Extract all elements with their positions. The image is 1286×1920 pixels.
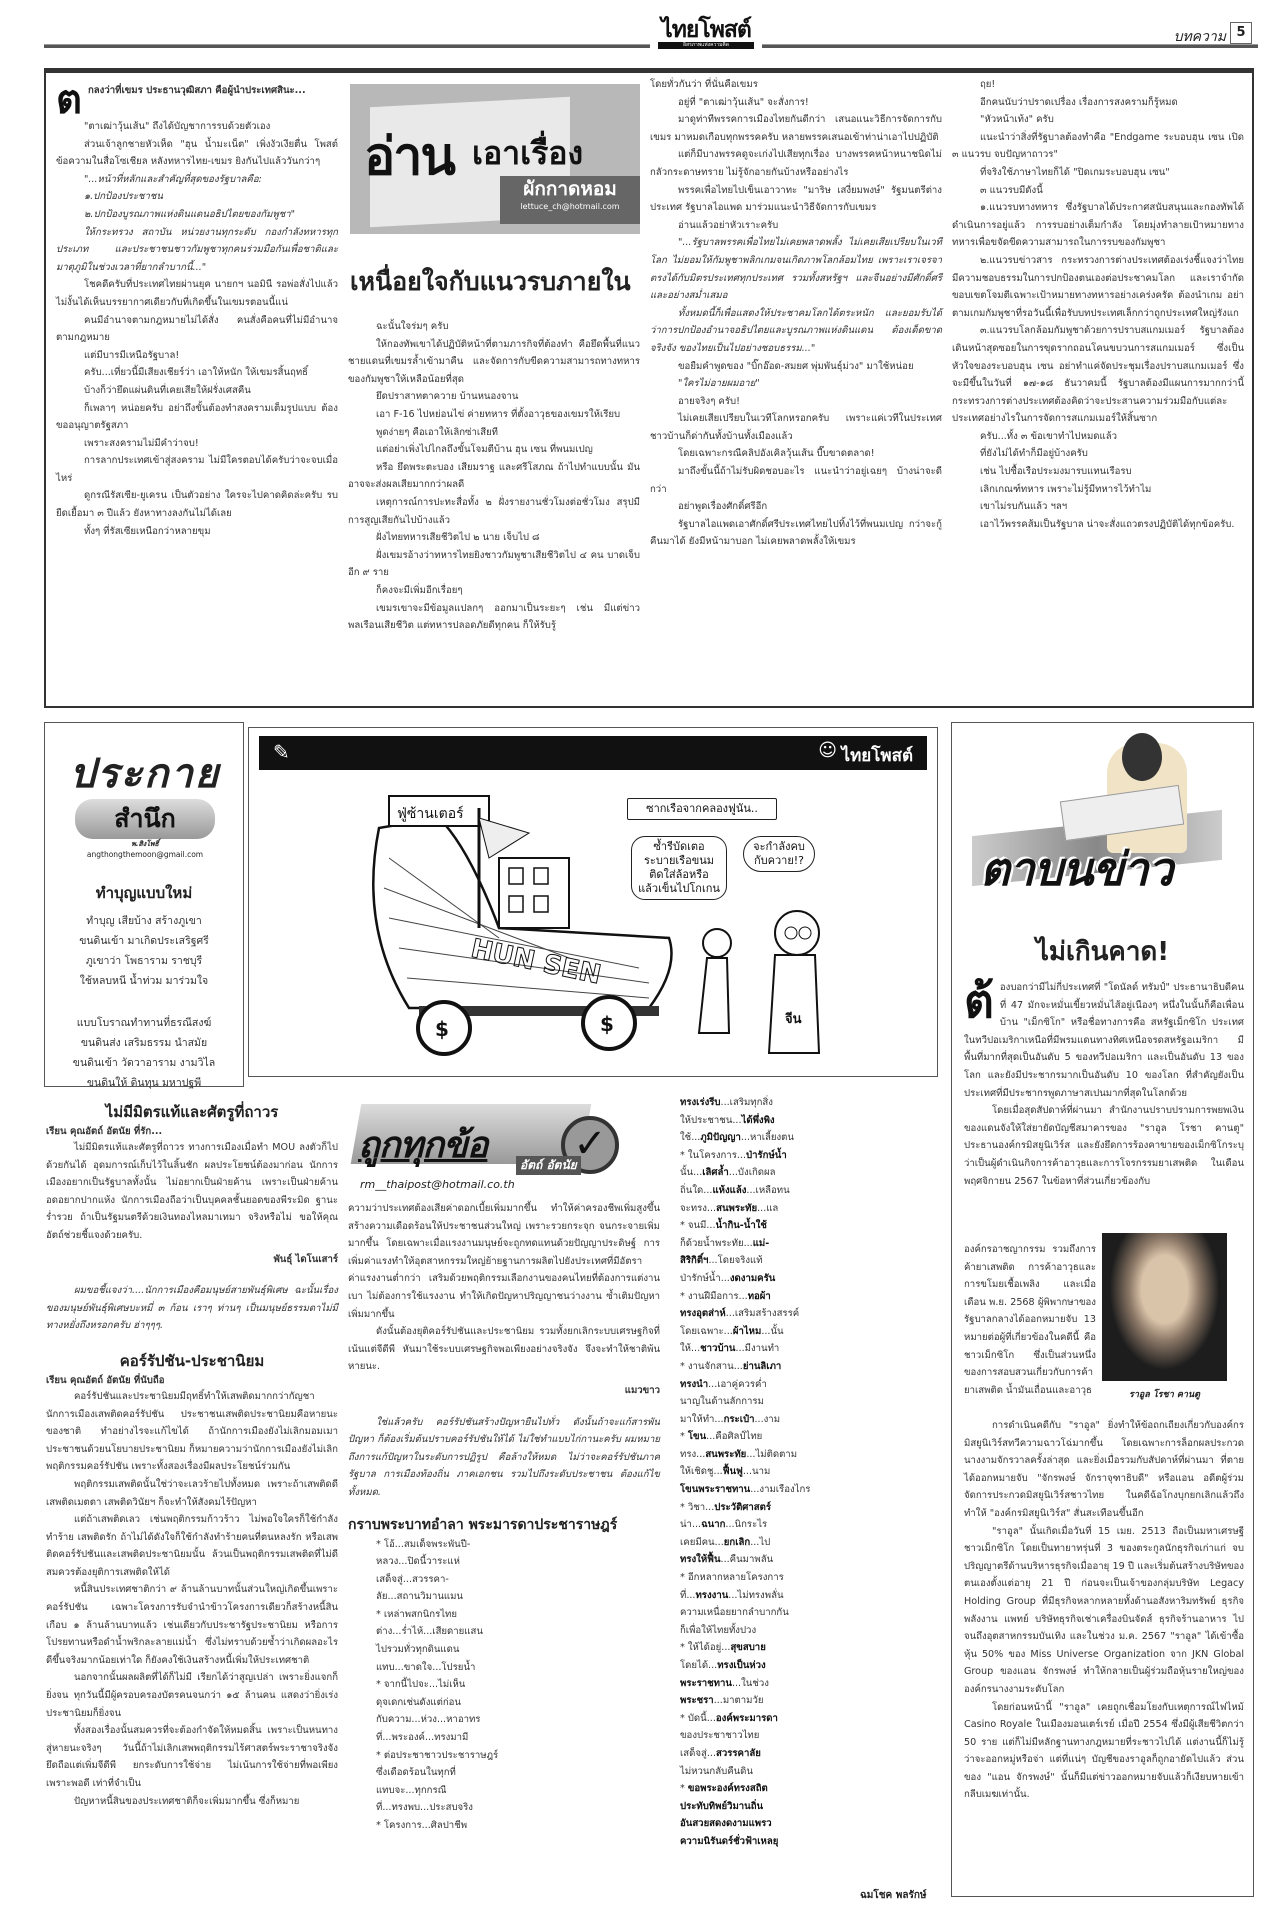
verse-line: ที่...ทรงพบ...ประสบจริง	[376, 1799, 660, 1817]
paragraph: องค์กรอาชญากรรม รวมถึงการค้ายาเสพติด การ…	[964, 1241, 1096, 1399]
verse-line: ถิ่นใด...แห้งแล้ง...เหลือทน	[680, 1182, 942, 1200]
paragraph: กลงว่าที่เขมร ประธานวุฒิสภา คือผู้นำประเ…	[56, 82, 338, 100]
svg-text:ฟู่ซ้านเตอร์: ฟู่ซ้านเตอร์	[397, 805, 464, 822]
poem-author: พ.สิงโพธิ์	[55, 839, 235, 850]
paragraph: อ่านแล้วอย่าหัวเราะครับ	[650, 217, 942, 235]
verse-line: * งานจักสาน...ย่านลิเภา	[680, 1358, 942, 1376]
paragraph: นอกจากนั้นผลผลิตที่ได้ก็ไม่มี เรียกได้ว่…	[46, 1669, 338, 1722]
poem-email: angthongthemoon@gmail.com	[55, 850, 235, 859]
reply: ใช่แล้วครับ คอร์รัปชันสร้างปัญหายืนไปทั่…	[348, 1414, 660, 1502]
verse-line: * ต่อประชาชาวประชาราษฎร์	[376, 1747, 660, 1765]
verse-line: * งานฝีมือการ...ทอผ้า	[680, 1288, 942, 1306]
verse-line: จะทรง...สนพระทัย...แล	[680, 1200, 942, 1218]
verse-signature: ฉมโชค พลรักษ์	[860, 1888, 926, 1903]
verse-line: ไปรวมทั่วทุกดินแดน	[376, 1641, 660, 1659]
verse-line: ไม่หวนกลับคืนดิน	[680, 1763, 942, 1781]
cartoon-brand: ไทยโพสต์	[842, 742, 913, 769]
verse-line: * โครงการ...ศิลปาชีพ	[376, 1817, 660, 1835]
author-email: lettuce_ch@hotmail.com	[500, 202, 640, 211]
banner-title-small: เอาเรื่อง	[472, 128, 583, 179]
verse-line: ป่ารักษ์น้ำ...งดงามครัน	[680, 1270, 942, 1288]
paragraph: ฝั่งไทยทหารเสียชีวิตไป ๒ นาย เจ็บไป ๘	[348, 529, 640, 547]
paragraph: แต่มีบารมีเหนือรัฐบาล!	[56, 347, 338, 365]
paragraph: มาถึงขั้นนี้ถ้าไม่รับผิดชอบอะไร แนะนำว่า…	[650, 463, 942, 498]
logo-name: ไทยโพสต์	[650, 16, 762, 42]
paragraph: หนี้สินประเทศชาติกว่า ๙ ล้านล้านบาทนั้นส…	[46, 1581, 338, 1669]
paragraph: ก็คงจะมีเพิ่มอีกเรื่อยๆ	[348, 582, 640, 600]
paragraph: ครับ...ทั้ง ๓ ข้อเขาทำไปหมดแล้ว	[952, 428, 1244, 446]
paragraph: ทั้งสองเรื่องนั้นสมควรที่จะต้องกำจัดให้ห…	[46, 1722, 338, 1792]
verse-line: * บัดนี้...องค์พระมารดา	[680, 1710, 942, 1728]
paragraph: คอร์รัปชันและประชานิยมมีฤทธิ์ทำให้เสพติด…	[46, 1388, 338, 1476]
poem-box: ประกาย สำนึก พ.สิงโพธิ์ angthongthemoon@…	[44, 722, 244, 1087]
verse-line: * จากนี้ไปจะ...ไม่เห็น	[376, 1676, 660, 1694]
poem-logo-script: ประกาย	[55, 741, 235, 805]
verse-line: * โขน...คือศิลป์ไทย	[680, 1428, 942, 1446]
paragraph: มาดูท่าทีพรรคการเมืองไทยกันดีกว่า เสนอแน…	[650, 111, 942, 146]
verse-line: * วิชา...ประวัติศาสตร์	[680, 1499, 942, 1517]
editorial-cartoon: ✎ ☺ ไทยโพสต์ ฟู่ซ้านเตอร์ HUN SEN $ $ ซา…	[248, 727, 938, 1077]
letter1-signature: พันธุ์ ไดโนเสาร์	[46, 1251, 338, 1269]
news-lead: ต้ องบอกว่ามีไม่กี่ประเทศที่ "โดนัลด์ ทร…	[964, 979, 1244, 1190]
news-logo-word: ตาบนข่าว	[980, 833, 1172, 906]
verse-line: ต่าง...ร่ำไห้...เสียดายแสน	[376, 1623, 660, 1641]
page-number: 5	[1230, 22, 1252, 44]
paragraph: ความว่าประเทศต้องเสียค่าดอกเบี้ยเพิ่มมาก…	[348, 1200, 660, 1323]
paragraph: เหตุการณ์การปะทะสื่อทั้ง ๒ ฝั่งรายงานชั่…	[348, 494, 640, 529]
paragraph: ๒.ปกป้องบูรณภาพแห่งดินแดนอธิปไตยของกัมพู…	[56, 206, 338, 224]
paragraph: ๒.แนวรบข่าวสาร กระทรวงการต่างประเทศต้องเ…	[952, 252, 1244, 322]
paragraph: ไม่เคยเสียเปรียบในเวทีโลกหรอกครับ เพราะแ…	[650, 410, 942, 445]
speech-bubble-china: จะกำลังคบ กับควาย!?	[743, 836, 815, 872]
paragraph: พรรคเพื่อไทยไปเข็นเอาวาทะ "มาริษ เสงี่ยม…	[650, 182, 942, 217]
paragraph: พฤติกรรมเสพติดนั้นใช่ว่าจะเลวร้ายไปทั้งห…	[46, 1476, 338, 1511]
letter-signature: แมวขาว	[348, 1382, 660, 1400]
verse-line: มาให้ทำ...กระเป๋า...งาม	[680, 1411, 942, 1429]
svg-text:$: $	[435, 1017, 449, 1041]
letter1-body: ไม่มีมิตรแท้และศัตรูที่ถาวร ทางการเมืองเ…	[46, 1139, 338, 1245]
paragraph: ยึดปราสาทตาควาย บ้านหนองจาน	[348, 388, 640, 406]
poem-stanza-1: ทำบุญ เสียบ้าง สร้างภูเขา ขนดินเข้า มาเก…	[45, 911, 243, 991]
verse-line: ดุจเดกเช่นดังแต่ก่อน	[376, 1694, 660, 1712]
poem-logo-scroll: สำนึก	[75, 799, 215, 839]
verse-line: นาญในด้านลักการม	[680, 1393, 942, 1411]
verse-line: ให้ประชาชน...ได้พึ่งพิง	[680, 1112, 942, 1130]
correct-column-body: ความว่าประเทศต้องเสียค่าดอกเบี้ยเพิ่มมาก…	[348, 1200, 660, 1835]
verse-line: ให้เชิดชู...ฟื้นฟู...นาม	[680, 1463, 942, 1481]
paragraph: การลากประเทศเข้าสู่สงคราม ไม่มีใครตอบได้…	[56, 452, 338, 487]
speech-bubble-caption: ซากเรือจากคลองฟูนัน..	[627, 798, 777, 820]
paragraph: ให้กองทัพเขาได้ปฏิบัติหน้าที่ตามภารกิจที…	[348, 336, 640, 389]
verse-line: แทบ...ขาดใจ...โปรยน้ำ	[376, 1659, 660, 1677]
author-name: ผักกาดหอม	[500, 176, 640, 202]
verse-line: โดยเฉพาะ...ผ้าไหม...นั้น	[680, 1323, 942, 1341]
paragraph: เอา F-16 ไปหย่อนไข่ ค่ายทหาร ที่ตั้งอาวุ…	[348, 406, 640, 424]
paragraph: แต่อย่าเพิ่งไปไกลถึงขั้นโจมตีบ้าน ฮุน เซ…	[348, 441, 640, 459]
column-fourth: ฤย! อีกคนนับว่าปราดเปรื่อง เรื่องการสงคร…	[952, 76, 1244, 533]
verse-line: ทรงนำ...เอาคู่ควรค่ำ	[680, 1376, 942, 1394]
poem-line: ขนดินส่ง เสริมธรรม นำสมัย	[45, 1033, 243, 1053]
verse-line: แทบจะ...ทุกกรณี	[376, 1782, 660, 1800]
correct-logo-author: อัตถ์ อัตนัย	[516, 1156, 581, 1175]
paragraph: แนะนำว่าสิ่งที่รัฐบาลต้องทำคือ "Endgame …	[952, 129, 1244, 164]
paragraph: อย่าพูดเรื่องศักดิ์ศรีอีก	[650, 498, 942, 516]
verse-line: พระชรา...มาตามวัย	[680, 1692, 942, 1710]
verse-line: โดยได้...ทรงเป็นห่วง	[680, 1657, 942, 1675]
column-banner-body: ฉะนั้นใจร่มๆ ครับ ให้กองทัพเขาได้ปฏิบัติ…	[348, 318, 640, 635]
news-photo-wrap-text: องค์กรอาชญากรรม รวมถึงการค้ายาเสพติด การ…	[964, 1241, 1096, 1399]
paragraph: "ใครไม่อายผมอาย"	[650, 375, 942, 393]
correct-logo-word: ถูกทุกข้อ	[358, 1116, 487, 1173]
paragraph: ขอยืมคำพูดของ "บิ๊กอ๊อด-สมยศ พุ่มพันธุ์ม…	[650, 358, 942, 376]
poem-line: ภูเขาว่า โพธาราม ราชบุรี	[45, 951, 243, 971]
verse-line: ให้...ชาวบ้าน...มีงานทำ	[680, 1340, 942, 1358]
paragraph: หรือ ยึดพระตะบอง เสียมราฐ และศรีโสภณ ถ้า…	[348, 459, 640, 494]
royal-poem-title: กราบพระบาทอำลา พระมารดาประชาราษฎร์	[348, 1514, 660, 1536]
svg-text:จีน: จีน	[785, 1011, 802, 1027]
paragraph: องบอกว่ามีไม่กี่ประเทศที่ "โดนัลด์ ทรัมป…	[964, 979, 1244, 1102]
paragraph: ๓ แนวรบมีดังนี้	[952, 182, 1244, 200]
news-drop-cap: ต้	[964, 979, 994, 1023]
paragraph: พูดง่ายๆ คือเอาให้เลิกซ่าเสียที	[348, 424, 640, 442]
paragraph: โชคดีครับที่ประเทศไทยผ่านยุค นายกฯ นอมิน…	[56, 276, 338, 311]
section-label: บทความ	[1174, 26, 1226, 48]
poem-line: แบบโบราณทำทานที่ธรณีสงฆ์	[45, 1013, 243, 1033]
poem-logo: ประกาย สำนึก พ.สิงโพธิ์ angthongthemoon@…	[55, 741, 235, 851]
poem-line: ใช้หลบหนี น้ำท่วม มาร่วมใจ	[45, 971, 243, 991]
cartoonist-icon: ☺	[818, 740, 837, 761]
paragraph: เขาไม่รบกันแล้ว ฯลฯ	[952, 498, 1244, 516]
poem-title: ทำบุญแบบใหม่	[45, 881, 243, 905]
column-third: โดยทั่วกันว่า ที่นั่นคือเขมร อยู่ที่ "ตา…	[650, 76, 942, 551]
mascot-icon: ✎	[273, 740, 290, 764]
paragraph: โดยทั่วกันว่า ที่นั่นคือเขมร	[650, 76, 942, 94]
verse-line: เสด็จสู่...สวรรคาลัย	[680, 1745, 942, 1763]
paragraph: เอาไว้พรรคส้มเป็นรัฐบาล น่าจะสั่งแถวตรงป…	[952, 516, 1244, 534]
verse-line: ประทับทิพย์วิมานถิ่น	[680, 1798, 942, 1816]
verse-line: * จนมี...น้ำกิน-น้ำใช้	[680, 1217, 942, 1235]
author-strip: ผักกาดหอม lettuce_ch@hotmail.com	[500, 176, 640, 224]
banner-title-big: อ่าน	[364, 114, 454, 197]
verse-line: ใช้...ภูมิปัญญา...หาเลี้ยงตน	[680, 1129, 942, 1147]
verse-line: ลัย...สถานวิมานแมน	[376, 1588, 660, 1606]
paragraph: ที่ยังไม่ได้ทำก็มีอยู่บ้างครับ	[952, 445, 1244, 463]
verse-line: ทรง...สนพระทัย...ไม่ติดตาม	[680, 1446, 942, 1464]
paragraph: รัฐบาลไอแพดเอาศักดิ์ศรีประเทศไทยไปทิ้งไว…	[650, 516, 942, 551]
royal-poem: * โอ้...สมเด็จพระพันปี- หลวง...ปิดนี้วาร…	[376, 1536, 660, 1835]
characters-drawing: จีน	[689, 903, 849, 1063]
verse-line: สิริกิติ์ฯ...โดยจริงแท้	[680, 1252, 942, 1270]
verse-line: ที่...ทรงงาน...ไม่ทรงพลั่น	[680, 1587, 942, 1605]
verse-line: ความนิรันดร์ชั่วฟ้าเหลยุ	[680, 1833, 942, 1851]
verse-line: เสด็จสู่...สวรรคา-	[376, 1571, 660, 1589]
poem-line: ทำบุญ เสียบ้าง สร้างภูเขา	[45, 911, 243, 931]
photo-caption: ราอูล โรชา คานตู	[1102, 1387, 1227, 1401]
verse-line: น่า...ฉนาก...นิกระไร	[680, 1516, 942, 1534]
ship-on-wheels-drawing: ฟู่ซ้านเตอร์ HUN SEN $ $	[349, 788, 709, 1058]
paragraph: เช่น ไปซื้อเรือประมงมารบแทนเรือรบ	[952, 463, 1244, 481]
poem-stanza-2: แบบโบราณทำทานที่ธรณีสงฆ์ ขนดินส่ง เสริมธ…	[45, 1013, 243, 1093]
verse-line: ก็ด้วยน้ำพระทัย...แม่-	[680, 1235, 942, 1253]
paragraph: ปัญหาหนี้สินของประเทศชาติก็จะเพิ่มมากขึ้…	[46, 1793, 338, 1811]
paragraph: "...หน้าที่หลักและสำคัญที่สุดของรัฐบาลคื…	[56, 171, 338, 189]
verse-line: ทรงอุตส่าห์...เสริมสร้างสรรค์	[680, 1305, 942, 1323]
portrait-photo	[1102, 1233, 1227, 1381]
paragraph: แต่ถ้าเสพติดเลว เช่นพฤติกรรมก้าวร้าว ไม่…	[46, 1511, 338, 1581]
column-left: ต กลงว่าที่เขมร ประธานวุฒิสภา คือผู้นำปร…	[56, 82, 338, 540]
verse-line: หลวง...ปิดนี้วาระแห่	[376, 1553, 660, 1571]
news-commentary-box: ตาบนข่าว ไม่เกินคาด! ต้ องบอกว่ามีไม่กี่…	[951, 722, 1254, 1897]
verse-line: ทรงให้ฟื้น...คืนมาพลัน	[680, 1551, 942, 1569]
poem-line: ขนดินเข้า วัดวาอาราม งามวิไล	[45, 1053, 243, 1073]
verse-column: ทรงเร่งรีบ...เสริมทุกสิ่งให้ประชาชน...ได…	[680, 1094, 942, 1851]
paragraph: ฝั่งเขมรอ้างว่าทหารไทยยิงชาวกัมพูชาเสียช…	[348, 547, 640, 582]
paragraph: โดยเฉพาะกรณีคลิปอังเคิลวุ้นเส้น บี๊บขาดต…	[650, 445, 942, 463]
verse-line: เคยมีคน...ยกเลิก...ไป	[680, 1534, 942, 1552]
verse-line: ซึ่งเดือดร้อนในทุกที่	[376, 1764, 660, 1782]
letter2-salutation: เรียน คุณอัตถ์ อัตนัย ที่นับถือ	[46, 1373, 338, 1388]
newspaper-logo: ไทยโพสต์ อิสรภาพแห่งความคิด	[650, 16, 762, 56]
verse-line: ที่...พระองค์...ทรงมามี	[376, 1729, 660, 1747]
correct-column-logo: ถูกทุกข้อ ✓ อัตถ์ อัตนัย rm__thaipost@ho…	[346, 1094, 646, 1194]
verse-line: ของประชาชาวไทย	[680, 1727, 942, 1745]
paragraph: ก็เพลาๆ หน่อยครับ อย่าถึงขั้นต้องทำสงครา…	[56, 400, 338, 435]
paragraph: ให้กระทรวง สถาบัน หน่วยงานทุกระดับ กองกำ…	[56, 224, 338, 277]
paragraph: อีกคนนับว่าปราดเปรื่อง เรื่องการสงครามก็…	[952, 94, 1244, 112]
letter1-title: ไม่มีมิตรแท้และศัตรูที่ถาวร	[46, 1100, 338, 1124]
paragraph: ครับ...เที่ยวนี้มีเสียงเชียร์ว่า เอาให้ห…	[56, 364, 338, 382]
speech-bubble-khmer: ซ้ำรีบัดเตอ ระบายเรือขนม ติดใส่ล้อหรือ แ…	[631, 836, 727, 900]
paragraph: ๑.แนวรบทางทหาร ซึ่งรัฐบาลได้ประกาศสนับสน…	[952, 199, 1244, 252]
paragraph: เขมรเขาจะมีข้อมูลแปลกๆ ออกมาเป็นระยะๆ เช…	[348, 600, 640, 635]
paragraph: แต่ก็มีบางพรรคดูจะเก่งไปเสียทุกเรื่อง บา…	[650, 146, 942, 181]
paragraph: ที่จริงใช้ภาษาไทยก็ได้ "ปิดเกมระบอบฮุน เ…	[952, 164, 1244, 182]
paragraph: อายจริงๆ ครับ!	[650, 393, 942, 411]
verse-line: * ขอพระองค์ทรงสถิต	[680, 1780, 942, 1798]
paragraph: เพราะสงครามไม่มีคำว่าจบ!	[56, 435, 338, 453]
letter2-title: คอร์รัปชัน-ประชานิยม	[46, 1349, 338, 1373]
paragraph: ดูกรณีรัสเซีย-ยูเครน เป็นตัวอย่าง ใครจะไ…	[56, 487, 338, 522]
paragraph: ๑.ปกป้องประชาชน	[56, 188, 338, 206]
letter1-salutation: เรียน คุณอัตถ์ อัตนัย ที่รัก...	[46, 1124, 338, 1139]
paragraph: ฉะนั้นใจร่มๆ ครับ	[348, 318, 640, 336]
letters-column: ไม่มีมิตรแท้และศัตรูที่ถาวร เรียน คุณอัต…	[46, 1100, 338, 1810]
verse-line: * โอ้...สมเด็จพระพันปี-	[376, 1536, 660, 1554]
paragraph: ฤย!	[952, 76, 1244, 94]
news-body: การดำเนินคดีกับ "ราอูล" ยิ่งทำให้ข้อถกเถ…	[964, 1417, 1244, 1804]
reader-head	[1122, 733, 1162, 781]
paragraph: คนมีอำนาจตามกฎหมายไม่ได้สั่ง คนสั่งคือคน…	[56, 312, 338, 347]
paragraph: การดำเนินคดีกับ "ราอูล" ยิ่งทำให้ข้อถกเถ…	[964, 1417, 1244, 1523]
news-headline: ไม่เกินคาด!	[952, 931, 1253, 972]
verse-line: * อีกหลากหลายโครงการ	[680, 1569, 942, 1587]
verse-line: * เหล่าพสกนิกรไทย	[376, 1606, 660, 1624]
news-column-logo: ตาบนข่าว	[962, 733, 1242, 913]
paragraph: ๓.แนวรบโลกล้อมกัมพูชาด้วยการปราบสแกมเมอร…	[952, 322, 1244, 428]
paragraph: โดยก่อนหน้านี้ "ราอูล" เคยถูกเชื่อมโยงกั…	[964, 1699, 1244, 1805]
paragraph: ทั้งๆ ที่รัสเซียเหนือกว่าหลายขุม	[56, 523, 338, 541]
verse-line: กับความ...ห่วง...หาอาทร	[376, 1711, 660, 1729]
poem-line: ขนดินให้ ดินทุน มหาปฐพี	[45, 1073, 243, 1093]
logo-tagline: อิสรภาพแห่งความคิด	[658, 42, 754, 49]
cartoon-header-bar: ✎ ☺ ไทยโพสต์	[259, 736, 927, 770]
paragraph: โดยเมื่อสุดสัปดาห์ที่ผ่านมา สำนักงานปราบ…	[964, 1102, 1244, 1190]
paragraph: อยู่ที่ "ตาเฒ่าวุ้นเส้น" จะสั่งการ!	[650, 94, 942, 112]
paragraph: "...รัฐบาลพรรคเพื่อไทยไม่เคยพลาดพลั้ง ไม…	[650, 234, 942, 304]
paragraph: ทั้งหมดนี้ก็เพื่อแสดงให้ประชาคมโลกได้ตระ…	[650, 305, 942, 358]
verse-line: * ให้ได้อยู่...สุขสบาย	[680, 1639, 942, 1657]
column-banner: อ่าน เอาเรื่อง ผักกาดหอม lettuce_ch@hotm…	[350, 84, 640, 234]
letter1-reply: ผมขอชี้แจงว่า....นักการเมืองคือมนุษย์สาย…	[46, 1282, 338, 1335]
correct-email: rm__thaipost@hotmail.co.th	[360, 1178, 515, 1191]
paragraph: ส่วนเจ้าลูกชายหัวเห็ด "ฮุน น้ำมะเน็ต" เพ…	[56, 136, 338, 171]
drop-cap: ต	[56, 82, 82, 118]
paragraph: "ตาเฒ่าวุ้นเส้น" ถึงได้บัญชาการรบด้วยตัว…	[56, 118, 338, 136]
paragraph: บ้างก็ว่ายึดแผ่นดินที่เคยเสียให้ฝรั่งเศส…	[56, 382, 338, 400]
verse-line: โขนพระราชทาน...งามเรืองไกร	[680, 1481, 942, 1499]
verse-line: นั้น...เลิศล้ำ...บังเกิดผล	[680, 1164, 942, 1182]
verse-line: พระราชทาน...ในช่วง	[680, 1675, 942, 1693]
paragraph: "หัวหน้าเท้ง" ครับ	[952, 111, 1244, 129]
paragraph: ดังนั้นต้องยุติคอร์รัปชันและประชานิยม รว…	[348, 1323, 660, 1376]
verse-line: ก็เพื่อให้ไทยทั้งปวง	[680, 1622, 942, 1640]
verse-line: อันสวยสดงดงามแพรว	[680, 1815, 942, 1833]
poem-line: ขนดินเข้า มาเกิดประเสริฐศรี	[45, 931, 243, 951]
verse-line: * ในโครงการ...ป่ารักษ์น้ำ	[680, 1147, 942, 1165]
verse-line: ทรงเร่งรีบ...เสริมทุกสิ่ง	[680, 1094, 942, 1112]
article-headline: เหนื่อยใจกับแนวรบภายใน	[350, 262, 640, 302]
svg-text:$: $	[600, 1012, 614, 1036]
paragraph: เลิกเกณฑ์ทหาร เพราะไม่รู้มีทหารไว้ทำไม	[952, 481, 1244, 499]
verse-line: ความเหนื่อยยากลำบากกัน	[680, 1604, 942, 1622]
paragraph: "ราอูล" นั้นเกิดเมื่อวันที่ 15 เมย. 2513…	[964, 1523, 1244, 1699]
